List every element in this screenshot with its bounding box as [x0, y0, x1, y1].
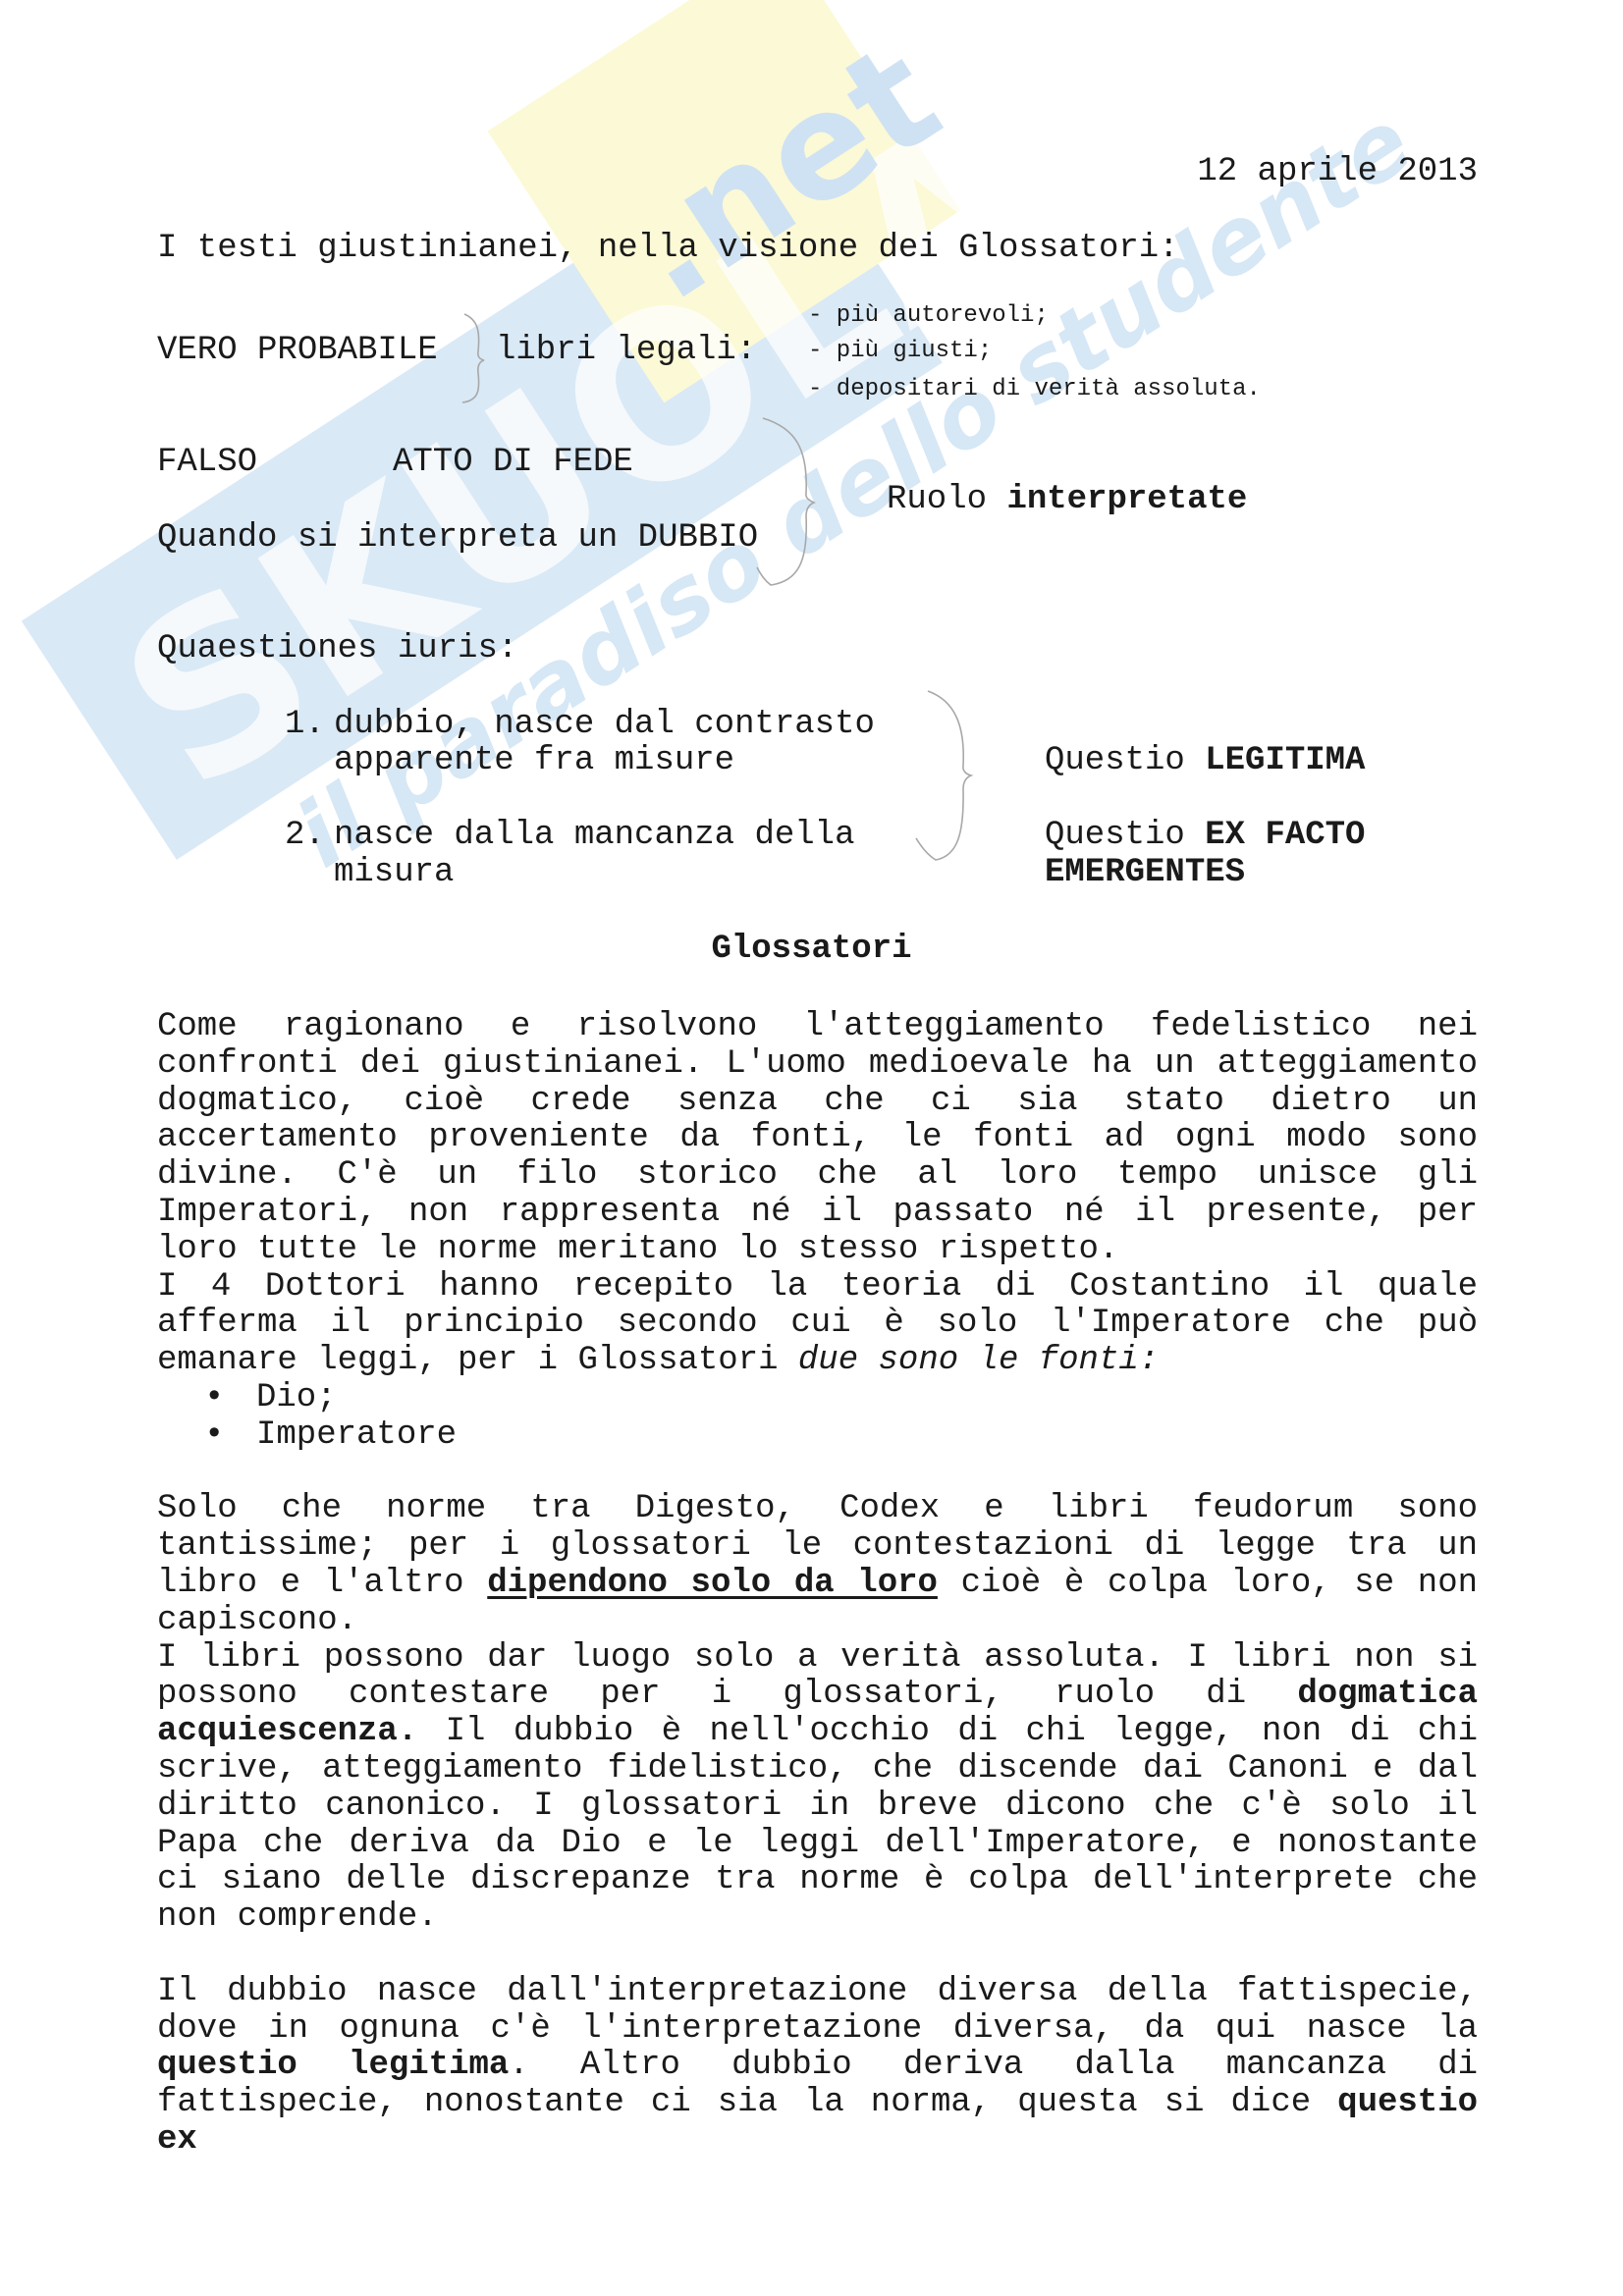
curly-brace-icon	[751, 414, 830, 591]
curly-brace-icon	[908, 687, 987, 866]
section-title: Glossatori	[0, 931, 1623, 968]
watermark-brand-suffix: .net	[597, 11, 968, 335]
questio-bold: EX FACTO	[1205, 817, 1365, 854]
bullet-text: Dio;	[256, 1379, 337, 1416]
libri-legali-item: - più autorevoli;	[808, 301, 1049, 331]
questio-prefix: Questio	[1045, 817, 1185, 854]
paragraph-4-text: I libri possono dar luogo solo a verità …	[157, 1639, 1478, 1714]
libri-legali-item: - depositari di verità assoluta.	[808, 375, 1261, 404]
questio-ex-facto: Questio EX FACTO	[1045, 817, 1365, 854]
ruolo-result: Ruolo interpretate	[887, 481, 1247, 518]
fonti-list: •Dio; •Imperatore	[157, 1380, 1478, 1455]
bullet-icon: •	[204, 1380, 224, 1417]
ruolo-bold: interpretate	[1006, 481, 1247, 518]
body-text: Come ragionano e risolvono l'atteggiamen…	[157, 1009, 1478, 2160]
ruolo-prefix: Ruolo	[887, 481, 987, 518]
intro-line: I testi giustinianei, nella visione dei …	[157, 230, 1179, 267]
questio-legitima: Questio LEGITIMA	[1045, 742, 1365, 779]
list-item: •Imperatore	[157, 1417, 1478, 1455]
dubbio-line: Quando si interpreta un DUBBIO	[157, 519, 758, 557]
list-item-line: nasce dalla mancanza della	[334, 817, 855, 854]
quaestiones-heading: Quaestiones iuris:	[157, 630, 517, 667]
paragraph-5-text: Il dubbio nasce dall'interpretazione div…	[157, 1973, 1478, 2048]
questio-bold: LEGITIMA	[1205, 742, 1365, 779]
list-item-line: apparente fra misure	[334, 742, 734, 779]
falso-label: FALSO	[157, 444, 257, 481]
paragraph-5-emphasis: questio legitima	[157, 2047, 509, 2084]
list-item-line: misura	[334, 854, 454, 891]
questio-emergentes: EMERGENTES	[1045, 854, 1245, 891]
paragraph-2-italic: due sono le fonti	[798, 1342, 1139, 1379]
list-item-line: dubbio, nasce dal contrasto	[334, 706, 875, 743]
paragraph-2: I 4 Dottori hanno recepito la teoria di …	[157, 1269, 1478, 1380]
libri-legali-item: - più giusti;	[808, 337, 992, 366]
curly-brace-icon	[457, 312, 501, 405]
paragraph-5: Il dubbio nasce dall'interpretazione div…	[157, 1974, 1478, 2160]
list-item: •Dio;	[157, 1380, 1478, 1417]
questio-prefix: Questio	[1045, 742, 1185, 779]
paragraph-1: Come ragionano e risolvono l'atteggiamen…	[157, 1009, 1478, 1269]
paragraph-4: I libri possono dar luogo solo a verità …	[157, 1640, 1478, 1937]
document-date: 12 aprile 2013	[1197, 153, 1478, 190]
list-number: 2.	[285, 817, 325, 854]
paragraph-3-emphasis: dipendono solo da loro	[487, 1565, 938, 1602]
paragraph-2-end: :	[1139, 1342, 1159, 1379]
bullet-text: Imperatore	[256, 1416, 457, 1454]
libri-legali-label: libri legali:	[496, 332, 756, 369]
list-number: 1.	[285, 706, 325, 743]
bullet-icon: •	[204, 1417, 224, 1455]
vero-probabile-label: VERO PROBABILE	[157, 332, 438, 369]
atto-di-fede-label: ATTO DI FEDE	[393, 444, 633, 481]
paragraph-3: Solo che norme tra Digesto, Codex e libr…	[157, 1491, 1478, 1639]
